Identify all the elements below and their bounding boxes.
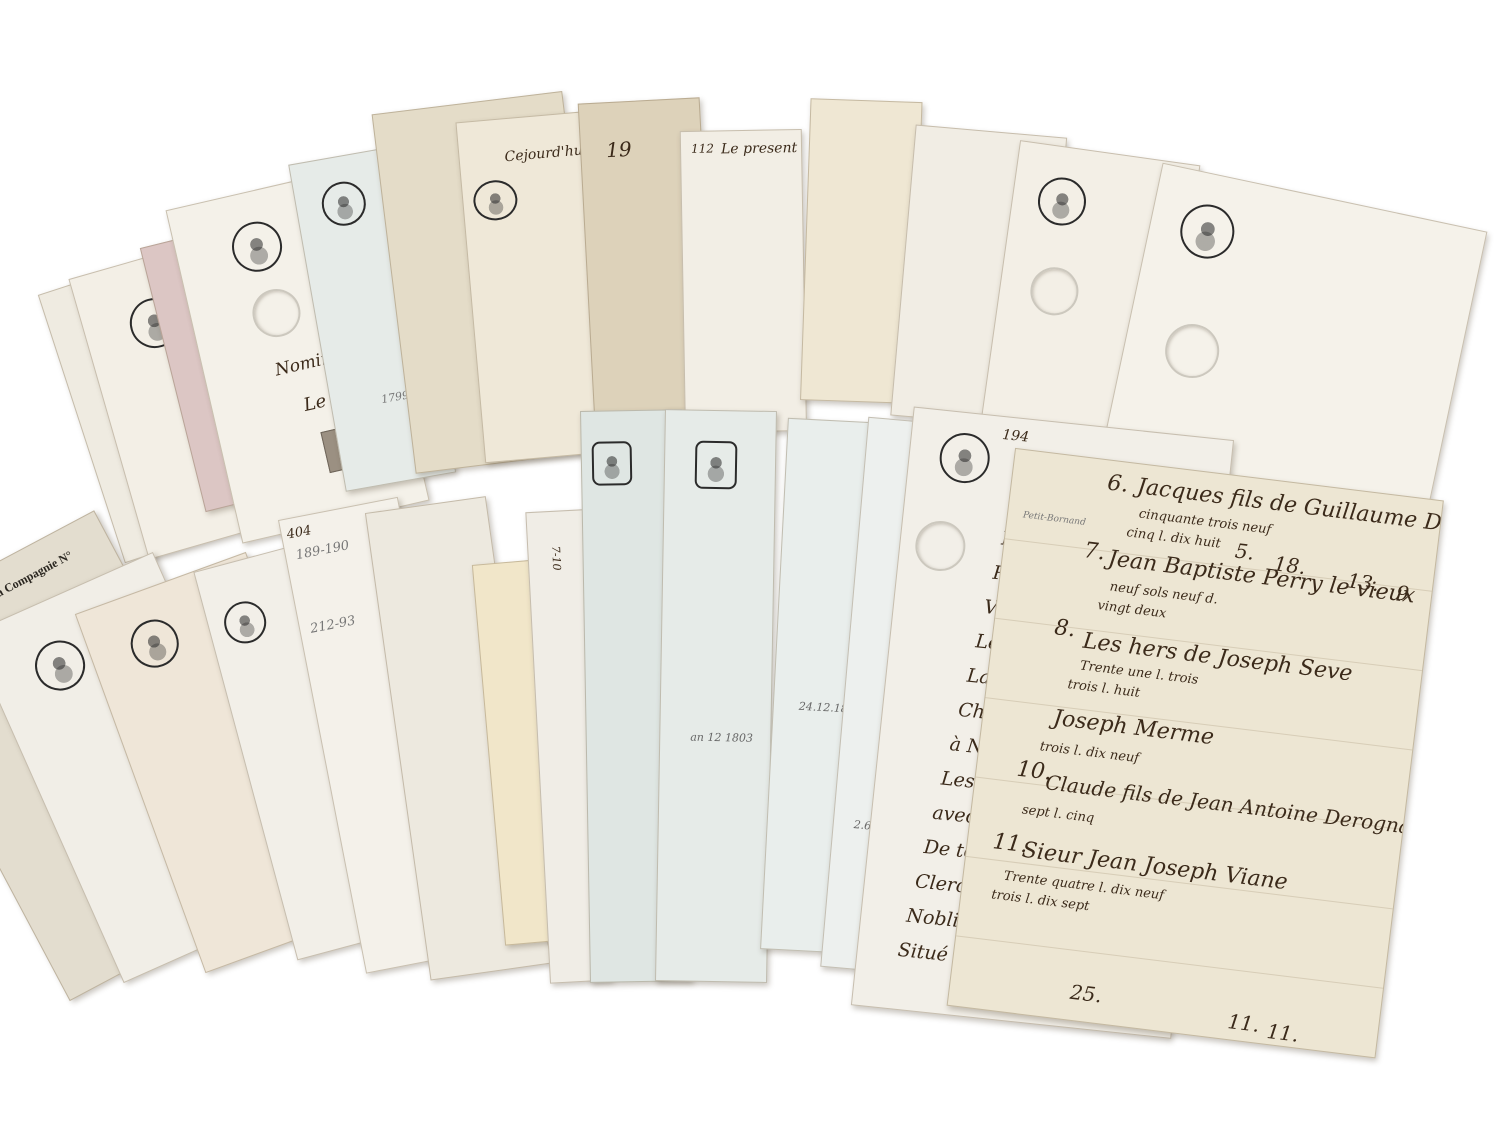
entry-number: 6. [1106, 470, 1130, 497]
date-note: an 12 1803 [690, 731, 753, 745]
total-amount: 11. [1265, 1019, 1300, 1047]
total-amount: 25. [1069, 980, 1104, 1008]
margin-note: Petit-Bornand [1022, 510, 1086, 528]
front-sheet-blue-2: an 12 1803 [655, 409, 777, 983]
letter-line: Situé [897, 939, 949, 966]
embossed-seal-icon [1027, 264, 1081, 318]
seal-stamp-icon [1175, 200, 1239, 264]
ruled-line [956, 935, 1383, 988]
seal-stamp-icon [937, 431, 992, 486]
entry-number: 8. [1053, 615, 1077, 642]
seal-stamp-icon [27, 633, 93, 699]
entry-sub: vingt deux [1097, 598, 1168, 621]
entry-sub: trois l. huit [1067, 677, 1141, 701]
entry-sub: trois l. dix neuf [1039, 739, 1140, 766]
entry-name: Claude fils de Jean Antoine Derognat [1044, 770, 1420, 840]
amount: 9 [1395, 580, 1411, 605]
amount: 5. [1234, 539, 1256, 565]
ledger-sheet: Petit-Bornand 6. Jacques fils de Guillau… [947, 448, 1444, 1058]
letter-opening: Cejourd'hui [504, 142, 588, 165]
embossed-seal-icon [248, 284, 306, 342]
letter-opening: Le present [721, 140, 797, 157]
page-number-note: 7-10 [549, 546, 563, 571]
seal-stamp-icon [124, 613, 186, 675]
page-number: 194 [1001, 427, 1029, 446]
embossed-seal-icon [1160, 319, 1224, 383]
document-pile-photo: 117- Nomination Le 21 J 1799 Cejourd'hui… [0, 0, 1500, 1147]
total-amount: 11. [1226, 1009, 1261, 1037]
amount: 18. [1273, 551, 1308, 579]
hex-stamp-icon [592, 441, 633, 486]
embossed-seal-icon [913, 519, 968, 574]
entry-number: 7. [1083, 538, 1107, 565]
seal-stamp-icon [318, 178, 369, 229]
seal-stamp-icon [219, 597, 270, 648]
page-number-note: 189-190 [295, 538, 351, 563]
page-number-note: 112 [691, 142, 714, 156]
page-number-note: 404 [286, 523, 313, 542]
page-number-note: 19 [606, 137, 633, 162]
crest-stamp-icon [472, 178, 519, 222]
back-sheet-present: 112 Le present [680, 129, 807, 433]
page-number-note: 212-93 [309, 613, 357, 636]
seal-stamp-icon [1035, 174, 1089, 228]
amount: 13. [1346, 568, 1381, 596]
entry-sub: sept l. cinq [1021, 802, 1095, 826]
hex-stamp-icon [695, 441, 738, 490]
seal-stamp-icon [227, 217, 287, 277]
